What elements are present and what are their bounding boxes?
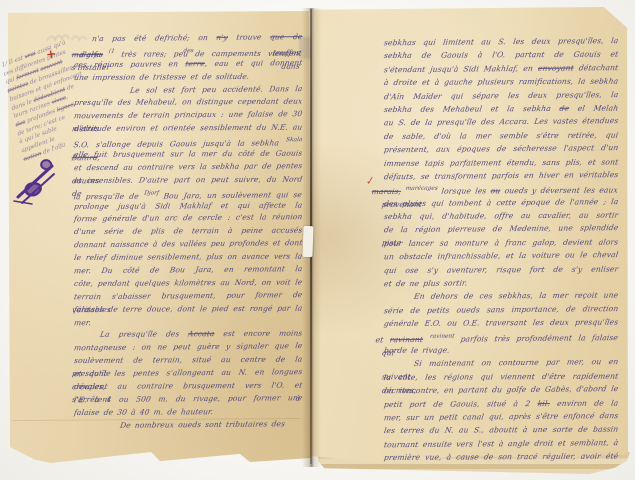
repair-tape xyxy=(302,226,313,257)
manuscript-line: la presqu'île de Djorf Bou Jara, un soul… xyxy=(73,186,303,201)
manuscript-line: De nombreux oueds sont tributaires des xyxy=(73,418,303,433)
red-plus-mark: + xyxy=(45,46,57,61)
manuscript-line: Si maintenant on contourne par mer, ou e… xyxy=(383,355,619,371)
right-page-text: sebkhas qui limitent au S. les deux pres… xyxy=(384,36,618,465)
manuscript-line: un obstacle infranchissable, et la voitu… xyxy=(383,248,619,264)
red-check-mark: ✓ xyxy=(366,175,374,188)
manuscript-line: ces régions pauvres en terre, eau et qui… xyxy=(73,57,303,72)
left-page-text: n'a pas été defriché; on n'y trouve que … xyxy=(74,33,302,433)
manuscript-line: générale E.O. ou O.E. traversant les deu… xyxy=(383,316,619,331)
manuscript-line: une impression de tristesse et de solitu… xyxy=(73,70,303,84)
manuscript-line: à droite et à gauche plusieurs ramificat… xyxy=(383,75,619,90)
manuscript-line: on rencontre, en partant du golfe de Gab… xyxy=(383,382,619,398)
manuscript-line: première vue, à cause de son tracé régul… xyxy=(383,450,619,465)
manuscript-scan: 1/ Il est vrai aussi qu'àces différentes… xyxy=(0,0,635,480)
manuscript-line: au S. de la presqu'île des Accara. Les v… xyxy=(383,114,619,130)
manuscript-line: présentent, aux époques de sécheresse l'… xyxy=(383,141,619,157)
manuscript-line: terrain s'abaisser brusquement, pour for… xyxy=(73,289,303,304)
purple-scribble-icon xyxy=(8,157,58,207)
